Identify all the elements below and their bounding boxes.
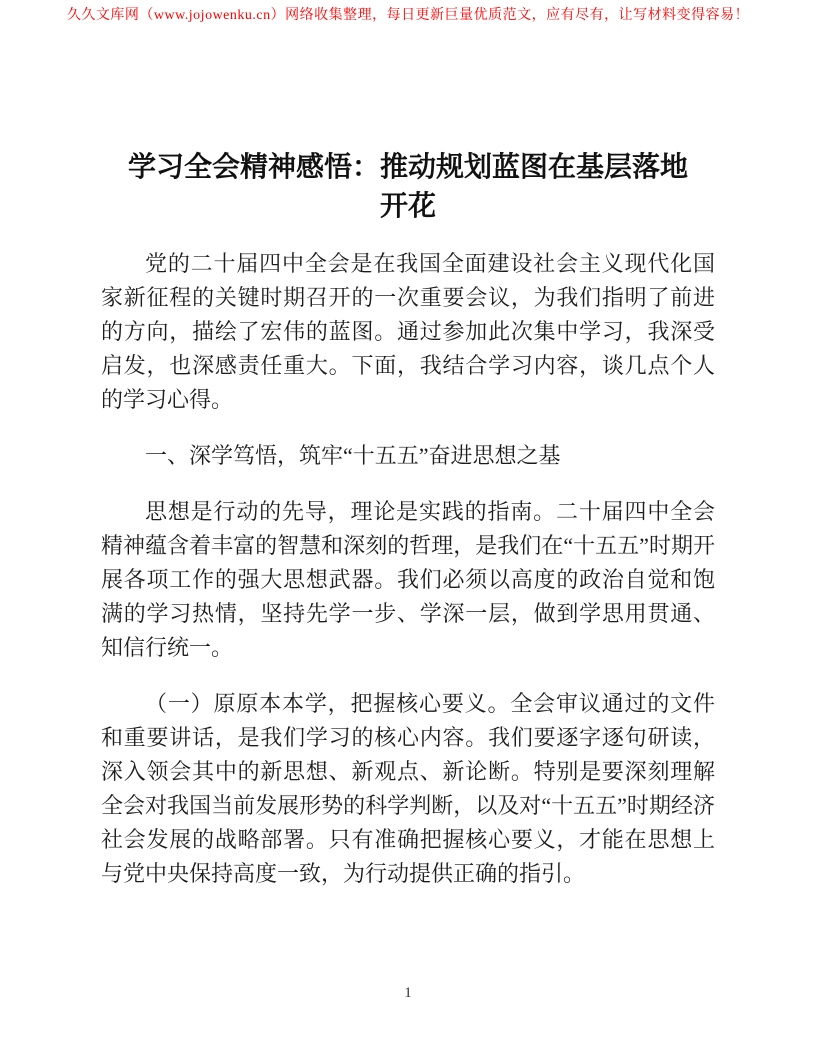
document-page: 久久文库网（www.jojowenku.cn）网络收集整理，每日更新巨量优质范文… <box>0 0 816 1056</box>
document-title-line-2: 开花 <box>78 187 738 226</box>
document-body: 党的二十届四中全会是在我国全面建设社会主义现代化国家新征程的关键时期召开的一次重… <box>101 247 715 891</box>
paragraph-point-1: （一）原原本本学，把握核心要义。全会审议通过的文件和重要讲话，是我们学习的核心内… <box>101 687 715 891</box>
paragraph-section-1-overview: 思想是行动的先导，理论是实践的指南。二十届四中全会精神蕴含着丰富的智慧和深刻的哲… <box>101 495 715 665</box>
document-title: 学习全会精神感悟：推动规划蓝图在基层落地 开花 <box>78 148 738 226</box>
site-watermark-notice: 久久文库网（www.jojowenku.cn）网络收集整理，每日更新巨量优质范文… <box>0 0 816 26</box>
page-number: 1 <box>0 985 816 1002</box>
document-title-line-1: 学习全会精神感悟：推动规划蓝图在基层落地 <box>78 148 738 187</box>
section-heading-1: 一、深学笃悟，筑牢“十五五”奋进思想之基 <box>101 439 715 473</box>
paragraph-intro: 党的二十届四中全会是在我国全面建设社会主义现代化国家新征程的关键时期召开的一次重… <box>101 247 715 417</box>
